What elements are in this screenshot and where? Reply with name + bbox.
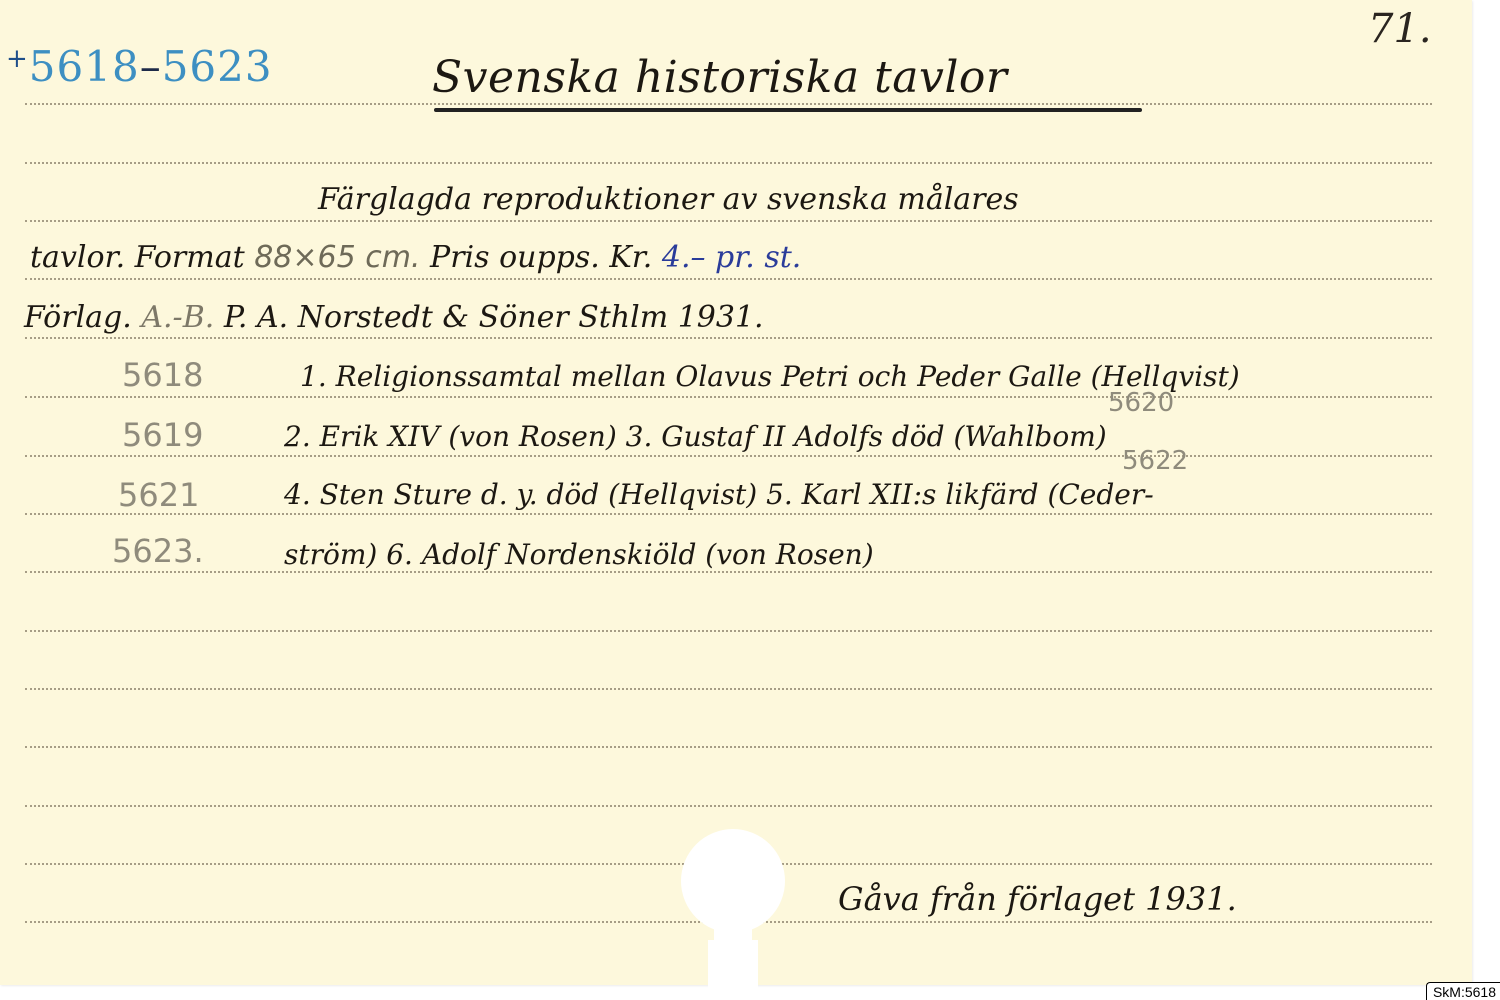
stamp-range-end: 5623 bbox=[162, 42, 273, 91]
ruled-line bbox=[25, 337, 1432, 339]
ruled-line bbox=[25, 396, 1432, 398]
ruled-line bbox=[25, 571, 1432, 573]
page-number: 71. bbox=[1368, 6, 1432, 52]
publisher-name: P. A. Norstedt & Söner Sthlm 1931. bbox=[224, 300, 764, 335]
item-text: ström) 6. Adolf Nordenskiöld (von Rosen) bbox=[284, 538, 874, 571]
item-number-pencil: 5619 bbox=[122, 416, 203, 454]
stamp-plus-mark: + bbox=[6, 44, 29, 74]
ruled-line bbox=[25, 688, 1432, 690]
title-underline bbox=[434, 108, 1142, 112]
ruled-line bbox=[25, 455, 1432, 457]
item-text: 1. Religionssamtal mellan Olavus Petri o… bbox=[300, 360, 1240, 393]
item-number-pencil-above: 5622 bbox=[1122, 446, 1188, 476]
ruled-line bbox=[25, 513, 1432, 515]
stamp-separator: – bbox=[140, 42, 162, 91]
publisher-line: Förlag. A.-B. P. A. Norstedt & Söner Sth… bbox=[24, 300, 764, 335]
ruled-line bbox=[25, 805, 1432, 807]
item-number-pencil: 5623. bbox=[112, 532, 204, 570]
item-number-pencil: 5618 bbox=[122, 356, 203, 394]
ruled-line bbox=[25, 220, 1432, 222]
ruled-line bbox=[25, 746, 1432, 748]
ruled-line bbox=[25, 162, 1432, 164]
description-line-1: Färglagda reproduktioner av svenska måla… bbox=[318, 182, 1019, 217]
stamp-range-start: 5618 bbox=[29, 42, 140, 91]
catalog-number-stamp: +5618–5623 bbox=[6, 42, 273, 91]
item-number-pencil-above: 5620 bbox=[1108, 388, 1174, 418]
item-text: 2. Erik XIV (von Rosen) 3. Gustaf II Ado… bbox=[284, 420, 1107, 453]
item-number-pencil: 5621 bbox=[118, 476, 199, 514]
publisher-company-type: A.-B. bbox=[141, 300, 214, 335]
format-dimensions: 88×65 cm. bbox=[254, 240, 420, 275]
ruled-line bbox=[25, 278, 1432, 280]
format-label: tavlor. Format bbox=[30, 240, 245, 275]
archive-id-label: SkM:5618 bbox=[1426, 982, 1500, 1000]
ruled-line bbox=[25, 103, 1432, 105]
catalog-card: +5618–5623 Svenska historiska tavlor 71.… bbox=[0, 0, 1472, 985]
price-value: 4.– pr. st. bbox=[662, 240, 801, 275]
price-label: Pris oupps. Kr. bbox=[430, 240, 652, 275]
description-line-2: tavlor. Format 88×65 cm. Pris oupps. Kr.… bbox=[30, 240, 801, 275]
donation-note: Gåva från förlaget 1931. bbox=[838, 880, 1237, 918]
item-text: 4. Sten Sture d. y. död (Hellqvist) 5. K… bbox=[284, 478, 1154, 511]
card-punch-slot bbox=[714, 900, 752, 990]
publisher-label: Förlag. bbox=[24, 300, 132, 335]
card-title: Svenska historiska tavlor bbox=[432, 52, 1007, 103]
ruled-line bbox=[25, 630, 1432, 632]
